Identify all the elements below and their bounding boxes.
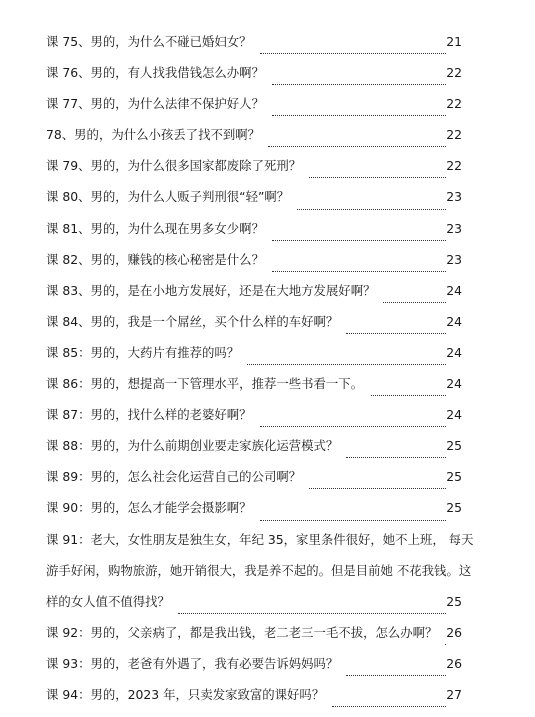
toc-entry-title: 课 90：男的，怎么才能学会摄影啊？ xyxy=(46,497,252,519)
toc-entry-85[interactable]: 课 85：男的，大药片有推荐的吗？24 xyxy=(46,342,462,373)
toc-entry-92[interactable]: 课 92：男的，父亲病了，都是我出钱，老二老三一毛不拔，怎么办啊？26 xyxy=(46,622,462,653)
toc-entry-title: 课 77、男的，为什么法律不保护好人？ xyxy=(46,93,264,115)
toc-entry-title: 游手好闲，购物旅游，她开销很大，我是养不起的。但是目前她 不花我钱。这 xyxy=(46,560,471,582)
toc-entry-page: 25 xyxy=(446,591,462,613)
toc-entry-80[interactable]: 课 80、男的，为什么人贩子判刑很“轻”啊？23 xyxy=(46,186,462,217)
dot-leader xyxy=(383,302,446,303)
toc-entry-86[interactable]: 课 86：男的，想提高一下管理水平，推荐一些书看一下。24 xyxy=(46,373,462,404)
toc-entry-title: 课 76、男的，有人找我借钱怎么办啊？ xyxy=(46,62,264,84)
dot-leader xyxy=(272,271,446,272)
dot-leader xyxy=(309,488,446,489)
dot-leader xyxy=(178,613,446,614)
toc-entry-title: 课 75、男的，为什么不碰已婚妇女？ xyxy=(46,31,252,53)
dot-leader xyxy=(445,644,446,645)
toc-entry-page: 23 xyxy=(446,218,462,240)
toc-entry-page: 24 xyxy=(446,280,462,302)
toc-entry-page: 24 xyxy=(446,311,462,333)
toc-entry-page: 21 xyxy=(446,31,462,53)
toc-entry-75[interactable]: 课 75、男的，为什么不碰已婚妇女？21 xyxy=(46,31,462,62)
toc-entry-79[interactable]: 课 79、男的，为什么很多国家都废除了死刑？22 xyxy=(46,155,462,186)
toc-entry-94[interactable]: 课 94：男的，2023 年，只卖发家致富的课好吗？27 xyxy=(46,684,462,715)
dot-leader xyxy=(371,395,446,396)
dot-leader xyxy=(346,333,446,334)
toc-entry-page: 22 xyxy=(446,62,462,84)
toc-entry-title: 课 85：男的，大药片有推荐的吗？ xyxy=(46,342,239,364)
toc-entry-page: 25 xyxy=(446,497,462,519)
toc-entry-82[interactable]: 课 82、男的，赚钱的核心秘密是什么？23 xyxy=(46,249,462,280)
toc-entry-77[interactable]: 课 77、男的，为什么法律不保护好人？22 xyxy=(46,93,462,124)
dot-leader xyxy=(346,457,446,458)
toc-entry-title: 课 84、男的，我是一个屌丝，买个什么样的车好啊？ xyxy=(46,311,338,333)
dot-leader xyxy=(247,364,446,365)
toc-entry-91[interactable]: 课 91：老大，女性朋友是独生女，年纪 35，家里条件很好，她不上班， 每天 游… xyxy=(46,529,462,622)
toc-entry-page: 22 xyxy=(446,124,462,146)
toc-entry-76[interactable]: 课 76、男的，有人找我借钱怎么办啊？22 xyxy=(46,62,462,93)
toc-entry-title: 课 93：男的，老爸有外遇了，我有必要告诉妈妈吗？ xyxy=(46,653,338,675)
toc-entry-title: 课 80、男的，为什么人贩子判刑很“轻”啊？ xyxy=(46,186,289,208)
toc-entry-81[interactable]: 课 81、男的，为什么现在男多女少啊？23 xyxy=(46,218,462,249)
toc-entry-title: 78、男的，为什么小孩丢了找不到啊？ xyxy=(46,124,260,146)
toc-entry-title-line: 样的女人值不值得找？25 xyxy=(46,591,462,622)
dot-leader xyxy=(260,53,447,54)
toc-entry-title-line: 游手好闲，购物旅游，她开销很大，我是养不起的。但是目前她 不花我钱。这 xyxy=(46,560,462,591)
toc-entry-page: 24 xyxy=(446,404,462,426)
toc-entry-title: 课 92：男的，父亲病了，都是我出钱，老二老三一毛不拔，怎么办啊？ xyxy=(46,622,437,644)
toc-entry-title: 课 94：男的，2023 年，只卖发家致富的课好吗？ xyxy=(46,684,324,706)
dot-leader xyxy=(272,115,446,116)
dot-leader xyxy=(272,240,446,241)
dot-leader xyxy=(260,426,447,427)
toc-entry-page: 26 xyxy=(446,622,462,644)
toc-entry-title-line: 课 91：老大，女性朋友是独生女，年纪 35，家里条件很好，她不上班， 每天 xyxy=(46,529,462,560)
toc-entry-88[interactable]: 课 88：男的，为什么前期创业要走家族化运营模式？25 xyxy=(46,435,462,466)
toc-entry-page: 23 xyxy=(446,249,462,271)
toc-entry-page: 26 xyxy=(446,653,462,675)
toc-entry-title: 课 79、男的，为什么很多国家都废除了死刑？ xyxy=(46,155,301,177)
toc-entry-87[interactable]: 课 87：男的，找什么样的老婆好啊？24 xyxy=(46,404,462,435)
dot-leader xyxy=(272,84,446,85)
toc-entry-page: 25 xyxy=(446,466,462,488)
toc-entry-title: 课 86：男的，想提高一下管理水平，推荐一些书看一下。 xyxy=(46,373,363,395)
toc-entry-78[interactable]: 78、男的，为什么小孩丢了找不到啊？22 xyxy=(46,124,462,155)
toc-entry-page: 24 xyxy=(446,373,462,395)
toc-entry-93[interactable]: 课 93：男的，老爸有外遇了，我有必要告诉妈妈吗？26 xyxy=(46,653,462,684)
toc-entry-title: 课 91：老大，女性朋友是独生女，年纪 35，家里条件很好，她不上班， 每天 xyxy=(46,529,473,551)
toc-entry-90[interactable]: 课 90：男的，怎么才能学会摄影啊？25 xyxy=(46,497,462,528)
toc-entry-title: 课 88：男的，为什么前期创业要走家族化运营模式？ xyxy=(46,435,338,457)
dot-leader xyxy=(346,675,446,676)
dot-leader xyxy=(260,520,447,521)
toc-entry-84[interactable]: 课 84、男的，我是一个屌丝，买个什么样的车好啊？24 xyxy=(46,311,462,342)
toc-entry-page: 27 xyxy=(446,684,462,706)
table-of-contents: 课 75、男的，为什么不碰已婚妇女？21 课 76、男的，有人找我借钱怎么办啊？… xyxy=(46,31,462,715)
toc-entry-page: 23 xyxy=(446,186,462,208)
toc-entry-page: 22 xyxy=(446,155,462,177)
toc-entry-page: 25 xyxy=(446,435,462,457)
toc-entry-page: 24 xyxy=(446,342,462,364)
dot-leader xyxy=(332,706,446,707)
toc-entry-title: 课 89：男的，怎么社会化运营自己的公司啊？ xyxy=(46,466,301,488)
toc-entry-89[interactable]: 课 89：男的，怎么社会化运营自己的公司啊？25 xyxy=(46,466,462,497)
dot-leader xyxy=(297,209,446,210)
toc-entry-page: 22 xyxy=(446,93,462,115)
toc-entry-title: 课 87：男的，找什么样的老婆好啊？ xyxy=(46,404,252,426)
toc-entry-title: 课 83、男的，是在小地方发展好，还是在大地方发展好啊？ xyxy=(46,280,375,302)
dot-leader xyxy=(268,146,446,147)
dot-leader xyxy=(309,177,446,178)
toc-entry-83[interactable]: 课 83、男的，是在小地方发展好，还是在大地方发展好啊？24 xyxy=(46,280,462,311)
toc-entry-title: 样的女人值不值得找？ xyxy=(46,591,170,613)
toc-entry-title: 课 81、男的，为什么现在男多女少啊？ xyxy=(46,218,264,240)
toc-entry-title: 课 82、男的，赚钱的核心秘密是什么？ xyxy=(46,249,264,271)
